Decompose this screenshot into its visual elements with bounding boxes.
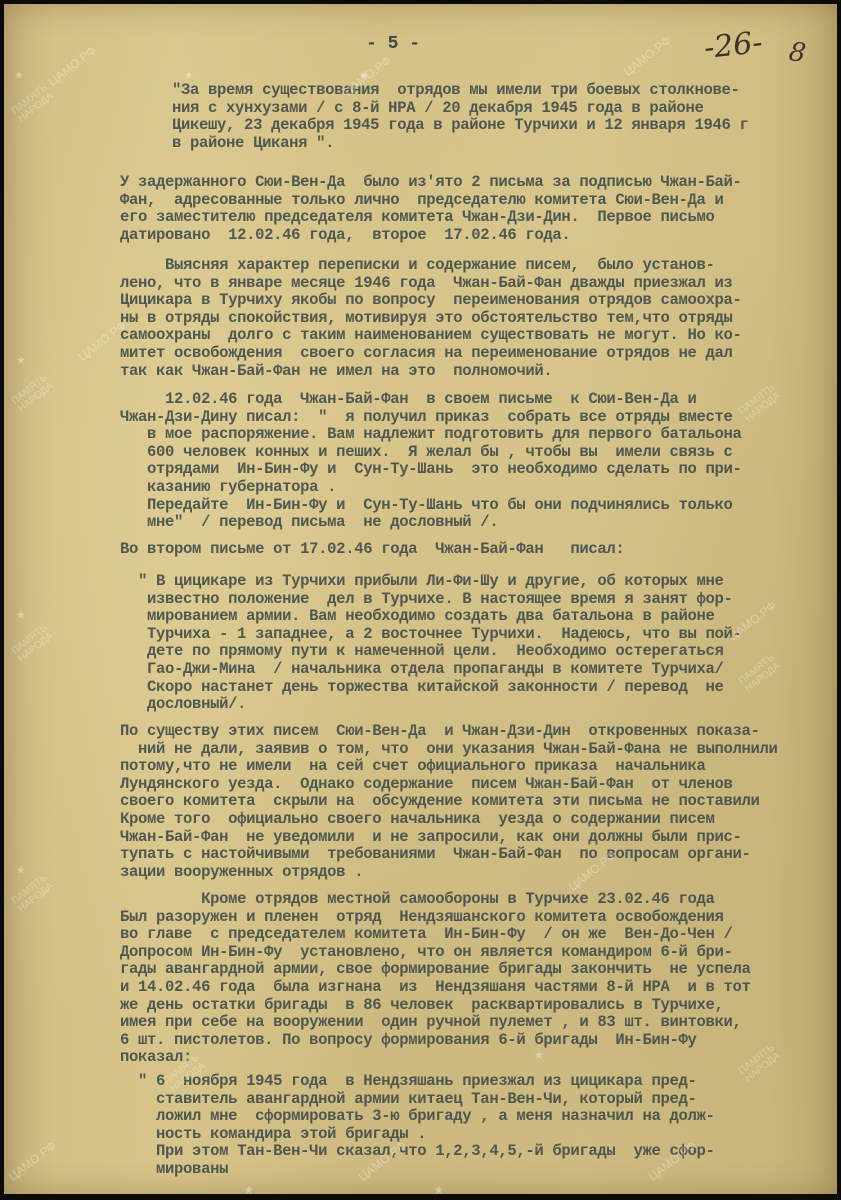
star-icon: ★ bbox=[16, 604, 26, 624]
star-icon: ★ bbox=[14, 64, 24, 84]
page-number: - 5 - bbox=[366, 34, 420, 54]
watermark-archive: ЦАМО.РФ bbox=[621, 33, 674, 79]
document-page: - 5 - -26- 8 "За время существования отр… bbox=[4, 4, 837, 1194]
watermark-project: ПАМЯТЬНАРОДА bbox=[10, 873, 55, 915]
watermark-archive: ЦАМО.РФ bbox=[6, 1138, 59, 1184]
paragraph-correspondence: Выясняя характер переписки и содержание … bbox=[120, 257, 742, 380]
watermark-archive: ЦАМО.РФ bbox=[46, 43, 99, 89]
paragraph-quote-battles: "За время существования отрядов мы имели… bbox=[172, 82, 749, 152]
watermark-project: ПАМЯТЬНАРОДА bbox=[10, 83, 55, 125]
handwritten-sheet-number: -26- bbox=[702, 25, 764, 66]
star-icon: ★ bbox=[16, 349, 26, 369]
paragraph-second-letter-intro: Во втором письме от 17.02.46 года Чжан-Б… bbox=[120, 541, 624, 559]
watermark-project: ПАМЯТЬНАРОДА bbox=[10, 373, 55, 415]
star-icon: ★ bbox=[434, 1179, 444, 1199]
star-icon: ★ bbox=[16, 859, 26, 879]
paragraph-quote-second-letter: " В цицикаре из Турчихи прибыли Ли-Фи-Шу… bbox=[120, 573, 742, 714]
paragraph-testimony: По существу этих писем Сюи-Вен-Да и Чжан… bbox=[120, 723, 778, 881]
watermark-project: ПАМЯТЬНАРОДА bbox=[737, 653, 782, 695]
star-icon: ★ bbox=[244, 1179, 254, 1199]
paragraph-quote-brigade: " 6 ноября 1945 года в Нендзяшань приезж… bbox=[120, 1073, 715, 1179]
paragraph-first-letter: 12.02.46 года Чжан-Бай-Фан в своем письм… bbox=[120, 391, 742, 532]
watermark-project: ПАМЯТЬНАРОДА bbox=[737, 383, 782, 425]
paragraph-letters-seized: У задержанного Сюи-Вен-Да было из'ято 2 … bbox=[120, 174, 742, 244]
paragraph-disarmament: Кроме отрядов местной самообороны в Турч… bbox=[120, 891, 751, 1067]
handwritten-mark: 8 bbox=[787, 37, 808, 69]
watermark-project: ПАМЯТЬНАРОДА bbox=[10, 623, 55, 665]
